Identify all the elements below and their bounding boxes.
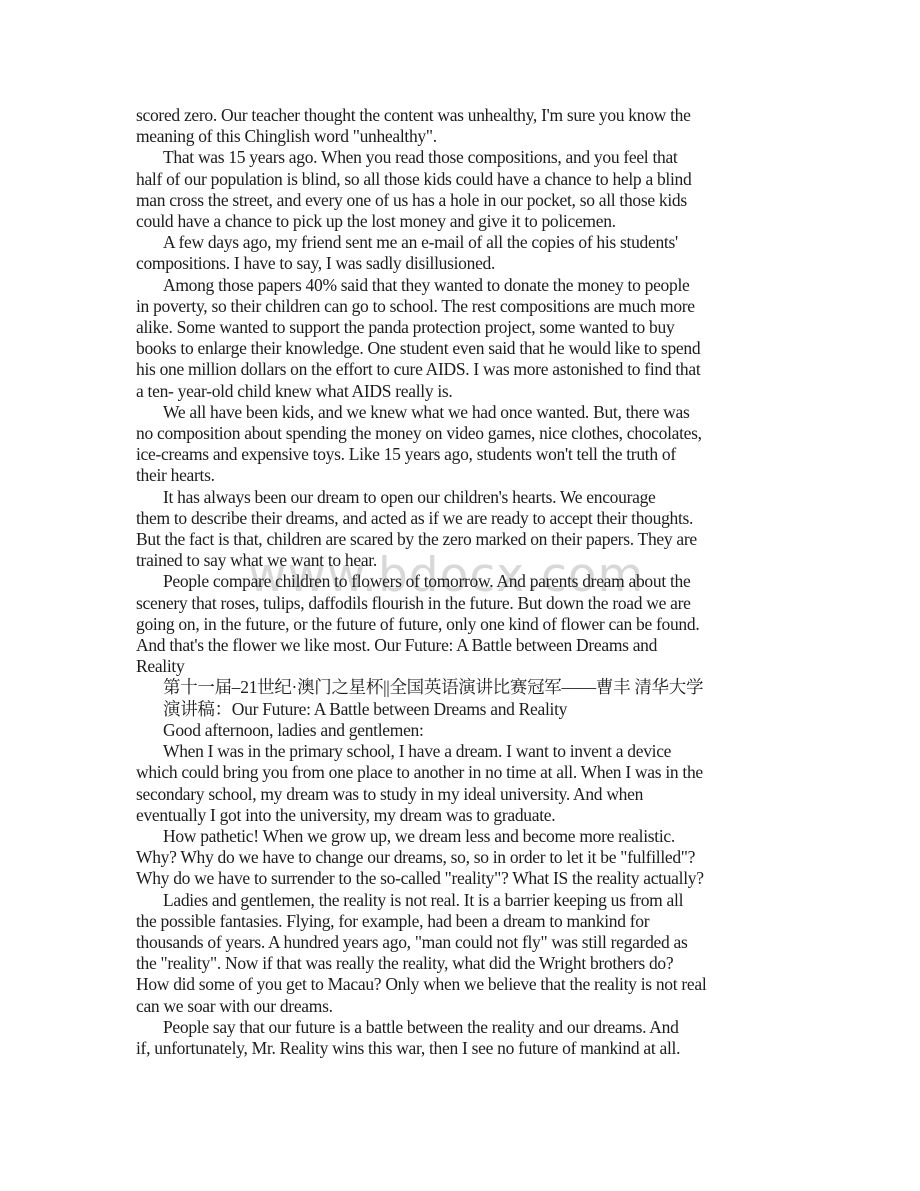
paragraph: A few days ago, my friend sent me an e-m… (136, 232, 816, 274)
paragraph: 第十一届–21世纪·澳门之星杯||全国英语演讲比赛冠军——曹丰 清华大学 (136, 677, 816, 698)
text-line: 演讲稿：Our Future: A Battle between Dreams … (136, 699, 816, 720)
text-line: Among those papers 40% said that they wa… (136, 275, 816, 296)
paragraph: How pathetic! When we grow up, we dream … (136, 826, 816, 890)
text-line: How did some of you get to Macau? Only w… (136, 974, 816, 995)
text-line: People say that our future is a battle b… (136, 1017, 816, 1038)
text-line: Reality (136, 656, 816, 677)
text-line: them to describe their dreams, and acted… (136, 508, 816, 529)
text-line: Why do we have to surrender to the so-ca… (136, 868, 816, 889)
paragraph: scored zero. Our teacher thought the con… (136, 105, 816, 147)
text-line: could have a chance to pick up the lost … (136, 211, 816, 232)
document-page: www.bdocx.com scored zero. Our teacher t… (0, 0, 920, 1191)
paragraph: 演讲稿：Our Future: A Battle between Dreams … (136, 699, 816, 720)
text-line: meaning of this Chinglish word "unhealth… (136, 126, 816, 147)
document-body: scored zero. Our teacher thought the con… (136, 105, 816, 1059)
text-line: We all have been kids, and we knew what … (136, 402, 816, 423)
text-line: Why? Why do we have to change our dreams… (136, 847, 816, 868)
text-line: their hearts. (136, 465, 816, 486)
text-line: trained to say what we want to hear. (136, 550, 816, 571)
paragraph: That was 15 years ago. When you read tho… (136, 147, 816, 232)
text-line: can we soar with our dreams. (136, 996, 816, 1017)
text-line: Good afternoon, ladies and gentlemen: (136, 720, 816, 741)
text-line: Ladies and gentlemen, the reality is not… (136, 890, 816, 911)
text-line: in poverty, so their children can go to … (136, 296, 816, 317)
paragraph: People compare children to flowers of to… (136, 571, 816, 677)
text-line: the possible fantasies. Flying, for exam… (136, 911, 816, 932)
text-line: scenery that roses, tulips, daffodils fl… (136, 593, 816, 614)
text-line: And that's the flower we like most. Our … (136, 635, 816, 656)
paragraph: It has always been our dream to open our… (136, 487, 816, 572)
text-line: 第十一届–21世纪·澳门之星杯||全国英语演讲比赛冠军——曹丰 清华大学 (136, 677, 816, 698)
text-line: alike. Some wanted to support the panda … (136, 317, 816, 338)
text-line: ice-creams and expensive toys. Like 15 y… (136, 444, 816, 465)
text-line: his one million dollars on the effort to… (136, 359, 816, 380)
text-line: compositions. I have to say, I was sadly… (136, 253, 816, 274)
text-line: How pathetic! When we grow up, we dream … (136, 826, 816, 847)
text-line: People compare children to flowers of to… (136, 571, 816, 592)
paragraph: Good afternoon, ladies and gentlemen: (136, 720, 816, 741)
text-line: It has always been our dream to open our… (136, 487, 816, 508)
text-line: secondary school, my dream was to study … (136, 784, 816, 805)
text-line: which could bring you from one place to … (136, 762, 816, 783)
text-line: scored zero. Our teacher thought the con… (136, 105, 816, 126)
paragraph: When I was in the primary school, I have… (136, 741, 816, 826)
text-line: the "reality". Now if that was really th… (136, 953, 816, 974)
text-line: if, unfortunately, Mr. Reality wins this… (136, 1038, 816, 1059)
paragraph: Among those papers 40% said that they wa… (136, 275, 816, 402)
text-line: But the fact is that, children are scare… (136, 529, 816, 550)
text-line: a ten- year-old child knew what AIDS rea… (136, 381, 816, 402)
text-line: no composition about spending the money … (136, 423, 816, 444)
text-line: That was 15 years ago. When you read tho… (136, 147, 816, 168)
paragraph: We all have been kids, and we knew what … (136, 402, 816, 487)
text-line: When I was in the primary school, I have… (136, 741, 816, 762)
text-line: going on, in the future, or the future o… (136, 614, 816, 635)
paragraph: People say that our future is a battle b… (136, 1017, 816, 1059)
text-line: man cross the street, and every one of u… (136, 190, 816, 211)
text-line: half of our population is blind, so all … (136, 169, 816, 190)
text-line: thousands of years. A hundred years ago,… (136, 932, 816, 953)
text-line: eventually I got into the university, my… (136, 805, 816, 826)
text-line: A few days ago, my friend sent me an e-m… (136, 232, 816, 253)
paragraph: Ladies and gentlemen, the reality is not… (136, 890, 816, 1017)
text-line: books to enlarge their knowledge. One st… (136, 338, 816, 359)
